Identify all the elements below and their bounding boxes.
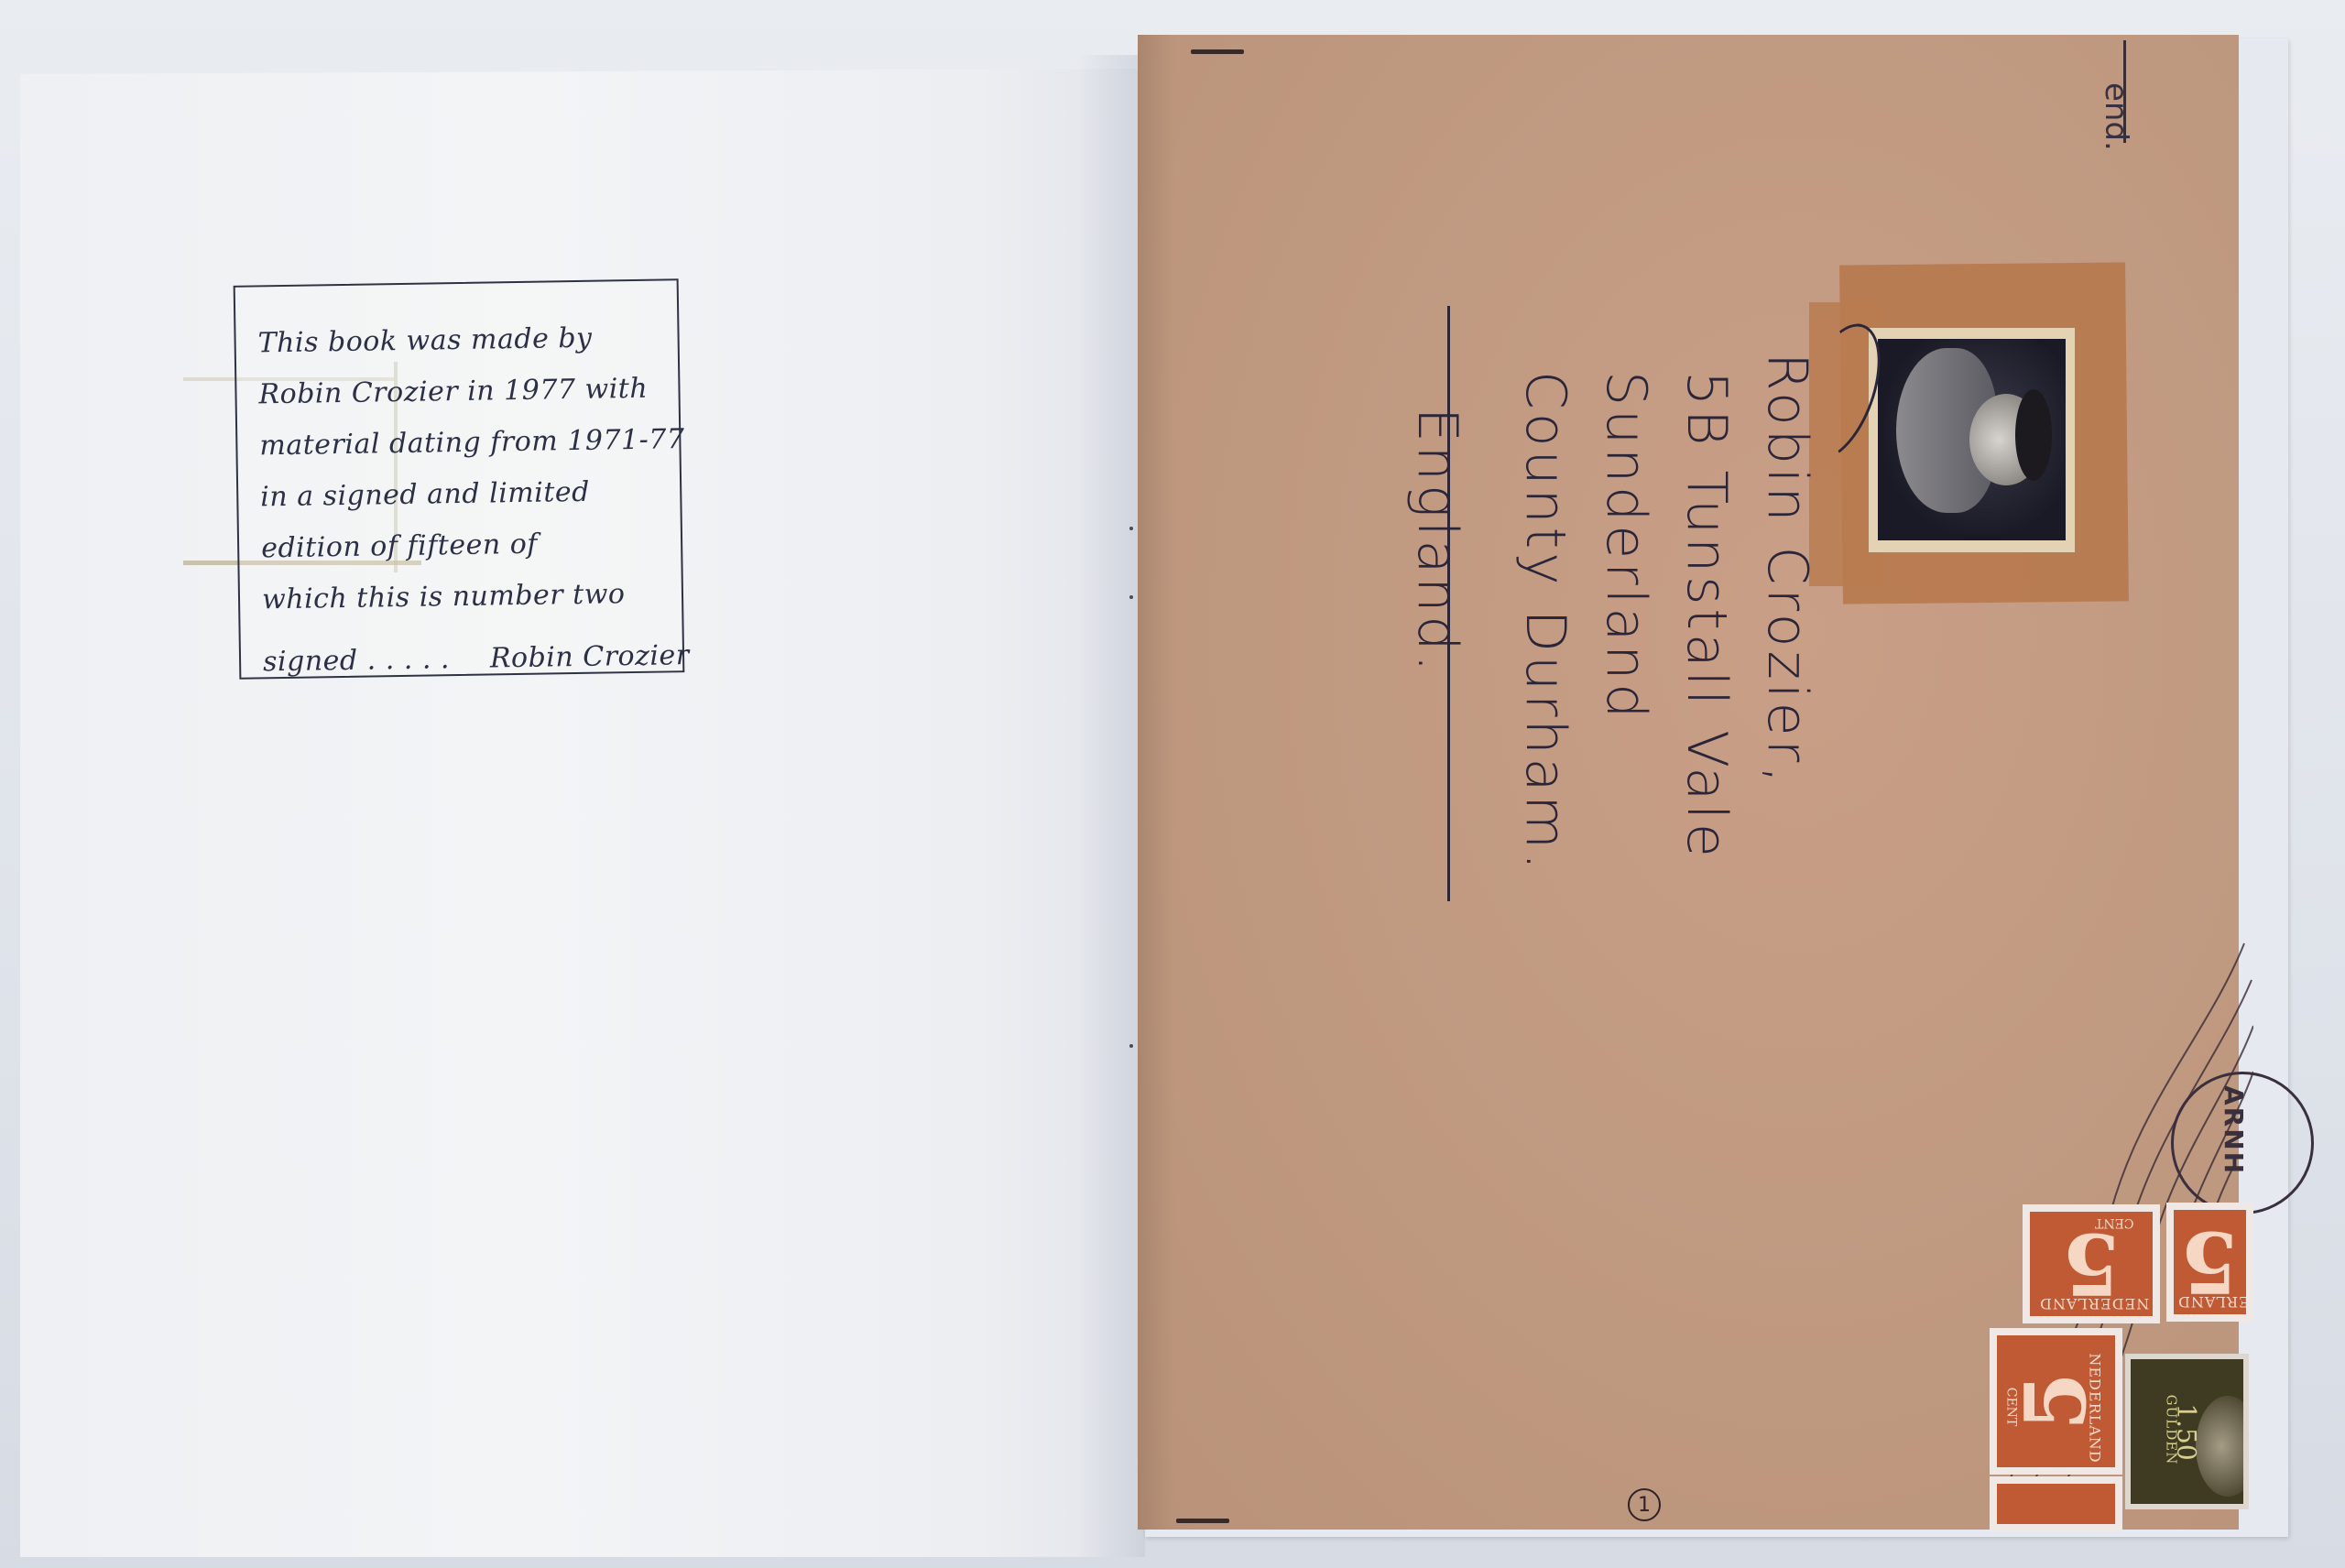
stamp-unit: CENT (2003, 1388, 2018, 1427)
address-country: England. (1397, 353, 1478, 874)
address-name: Robin Crozier, (1747, 353, 1827, 874)
mailing-address: Robin Crozier, 5B Tunstall Vale Sunderla… (1397, 353, 1827, 874)
postage-stamp-gulden: 1.50 GULDEN (2125, 1354, 2249, 1509)
staple (1191, 49, 1244, 54)
colophon-line: material dating from 1971-77 (259, 415, 663, 473)
colophon-line: edition of fifteen of (261, 517, 665, 574)
colophon-line: which this is number two (262, 568, 666, 626)
staple (1176, 1519, 1229, 1523)
postmark-text: ARNH (2219, 1085, 2249, 1175)
colophon-line: This book was made by (257, 312, 661, 370)
colophon-line: in a signed and limited (260, 465, 664, 523)
postage-stamp: 5 NEDERLAND CENT (1990, 1328, 2122, 1475)
gutter-shadow (1138, 35, 1174, 1530)
corner-word: end. (2098, 82, 2134, 151)
page-fold-shadow (1076, 55, 1145, 1557)
photo-hair (2015, 389, 2052, 481)
portrait-photo (1878, 339, 2066, 540)
crease-mark (1129, 1044, 1133, 1048)
signature-row: signed . . . . .Robin Crozier (263, 630, 667, 688)
stamp-country: NEDERLAND (2039, 1295, 2149, 1312)
crease-mark (1129, 527, 1133, 530)
postage-stamp: 5 NEDERLAND CENT (2023, 1204, 2160, 1323)
crease-mark (1129, 595, 1133, 599)
stamp-unit: CENT (2095, 1215, 2134, 1230)
stamp-country: NEDERLAND (2086, 1353, 2103, 1463)
stamp-portrait (2196, 1396, 2243, 1497)
colophon-note: This book was made by Robin Crozier in 1… (234, 278, 685, 680)
address-county: County Durham. (1505, 353, 1586, 874)
colophon-line: Robin Crozier in 1977 with (258, 364, 662, 421)
address-city: Sunderland (1586, 353, 1666, 874)
postage-stamp: 5 NEDERLAND (2166, 1203, 2253, 1322)
postage-stamp-partial (1990, 1476, 2122, 1531)
stamp-unit: GULDEN (2163, 1395, 2179, 1465)
stamp-country: NEDERLAND (2177, 1293, 2246, 1311)
address-street: 5B Tunstall Vale (1666, 353, 1747, 874)
page-number: 1 (1628, 1488, 1661, 1521)
signed-label: signed . . . . . (263, 643, 450, 678)
signature: Robin Crozier (490, 639, 690, 674)
